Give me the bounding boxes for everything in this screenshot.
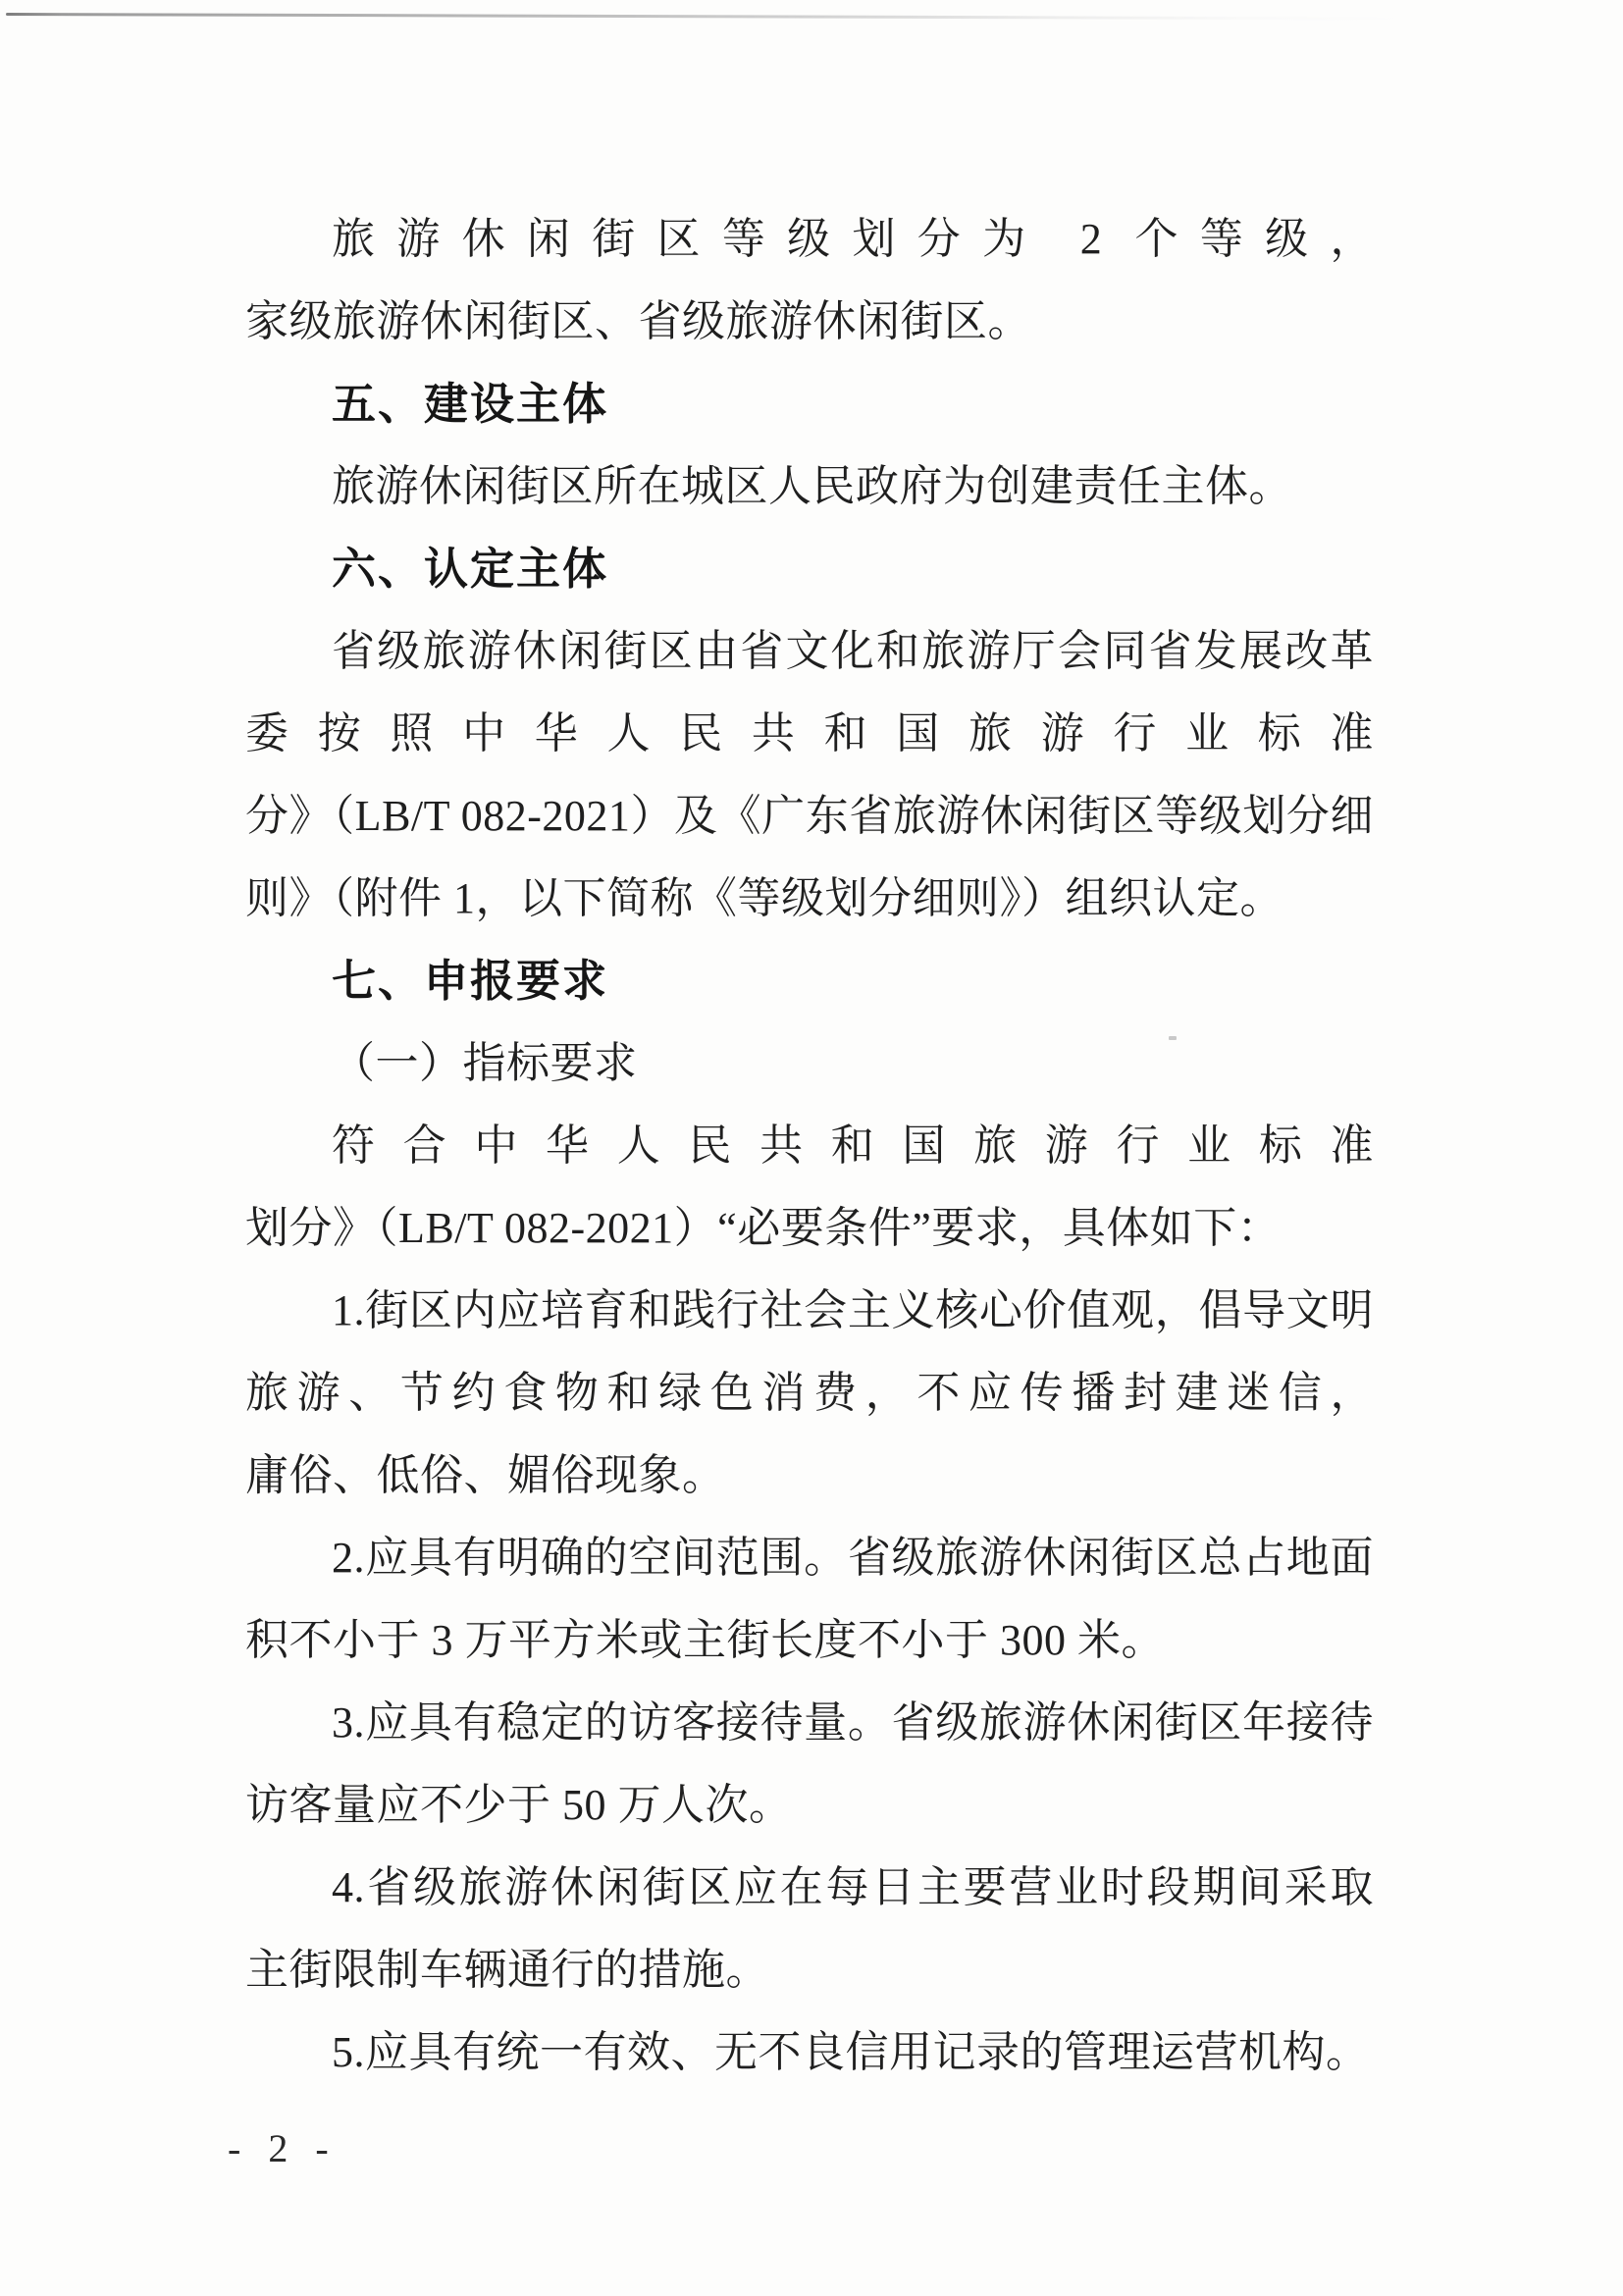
- text-line: 划分》（LB/T 082-2021）“必要条件”要求，具体如下：: [245, 1187, 1374, 1270]
- section-heading: 七、申报要求: [245, 940, 1374, 1022]
- text-line: 旅游、节约食物和绿色消费，不应传播封建迷信，不应出现: [245, 1352, 1374, 1435]
- document-page: 旅游休闲街区等级划分为 2 个等级，从高到低依次为国家级旅游休闲街区、省级旅游休…: [0, 0, 1623, 2296]
- page-number: - 2 -: [228, 2121, 338, 2176]
- text-line: 旅游休闲街区所在城区人民政府为创建责任主体。: [245, 445, 1374, 528]
- scan-artifact-line: [6, 13, 1409, 20]
- text-line: 庸俗、低俗、媚俗现象。: [245, 1435, 1374, 1517]
- document-body: 旅游休闲街区等级划分为 2 个等级，从高到低依次为国家级旅游休闲街区、省级旅游休…: [245, 198, 1374, 2094]
- text-line: 旅游休闲街区等级划分为 2 个等级，从高到低依次为国: [245, 198, 1374, 281]
- section-heading: 五、建设主体: [245, 363, 1374, 445]
- text-line: 主街限制车辆通行的措施。: [245, 1929, 1374, 2011]
- text-line: 3.应具有稳定的访客接待量。省级旅游休闲街区年接待: [245, 1682, 1374, 1764]
- text-line: 家级旅游休闲街区、省级旅游休闲街区。: [245, 281, 1374, 363]
- text-line: 5.应具有统一有效、无不良信用记录的管理运营机构。: [245, 2011, 1374, 2094]
- section-heading: 六、认定主体: [245, 528, 1374, 610]
- text-line: 访客量应不少于 50 万人次。: [245, 1764, 1374, 1847]
- text-line: 积不小于 3 万平方米或主街长度不小于 300 米。: [245, 1599, 1374, 1682]
- text-line: 省级旅游休闲街区由省文化和旅游厅会同省发展改革: [245, 610, 1374, 693]
- text-line: 则》（附件 1，以下简称《等级划分细则》）组织认定。: [245, 858, 1374, 940]
- text-line: 4.省级旅游休闲街区应在每日主要营业时段期间采取: [245, 1847, 1374, 1929]
- text-line: 2.应具有明确的空间范围。省级旅游休闲街区总占地面: [245, 1517, 1374, 1599]
- text-line: 分》（LB/T 082-2021）及《广东省旅游休闲街区等级划分细: [245, 775, 1374, 858]
- text-line: 1.街区内应培育和践行社会主义核心价值观，倡导文明: [245, 1270, 1374, 1352]
- text-line: 符合中华人民共和国旅游行业标准《旅游休闲街区等级: [245, 1105, 1374, 1187]
- text-line: （一）指标要求: [245, 1022, 1374, 1105]
- text-line: 委按照中华人民共和国旅游行业标准《旅游休闲街区等级划: [245, 693, 1374, 775]
